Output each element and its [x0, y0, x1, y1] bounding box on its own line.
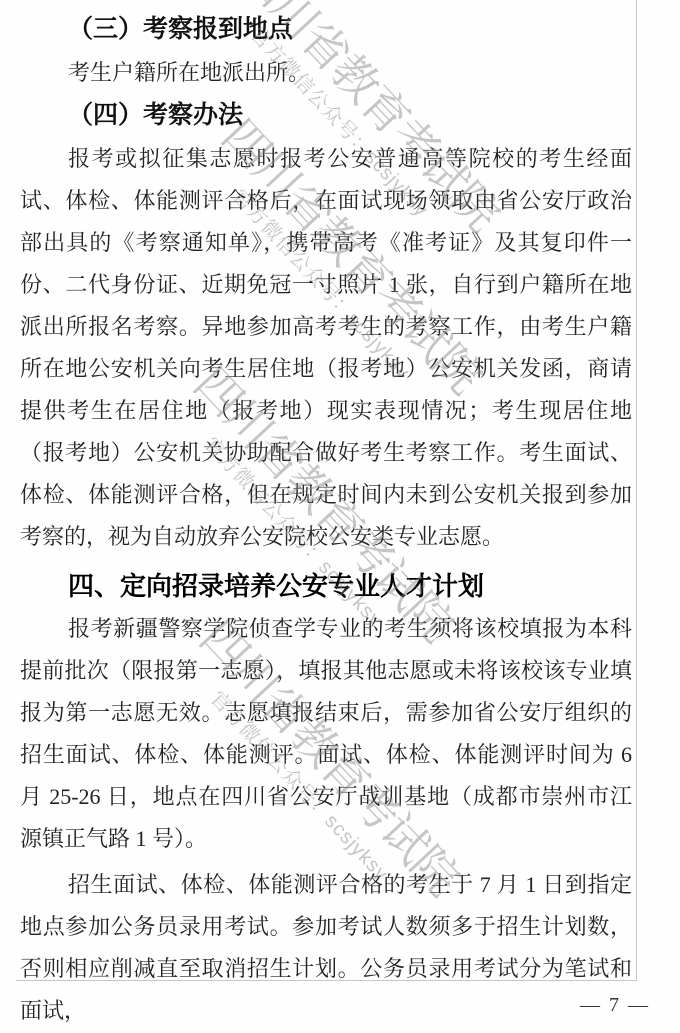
section-heading-4: （四）考察办法 — [20, 94, 632, 138]
section-heading-3: （三）考察报到地点 — [20, 8, 632, 52]
paragraph-inspection-method: 报考或拟征集志愿时报考公安普通高等院校的考生经面试、体检、体能测评合格后，在面试… — [20, 138, 632, 558]
paragraph-report-location: 考生户籍所在地派出所。 — [20, 52, 632, 94]
text-frame-bottom-border — [16, 980, 637, 981]
document-body: （三）考察报到地点 考生户籍所在地派出所。 （四）考察办法 报考或拟征集志愿时报… — [20, 8, 632, 1032]
page-number: — 7 — — [580, 994, 650, 1017]
paragraph-targeted-recruitment: 报考新疆警察学院侦查学专业的考生须将该校填报为本科提前批次（限报第一志愿），填报… — [20, 608, 632, 860]
text-frame-right-border — [636, 0, 637, 981]
chapter-heading-4: 四、定向招录培养公安专业人才计划 — [20, 564, 632, 608]
paragraph-civil-service-exam: 招生面试、体检、体能测评合格的考生于 7 月 1 日到指定地点参加公务员录用考试… — [20, 864, 632, 1032]
document-page: （三）考察报到地点 考生户籍所在地派出所。 （四）考察办法 报考或拟征集志愿时报… — [0, 0, 680, 1033]
